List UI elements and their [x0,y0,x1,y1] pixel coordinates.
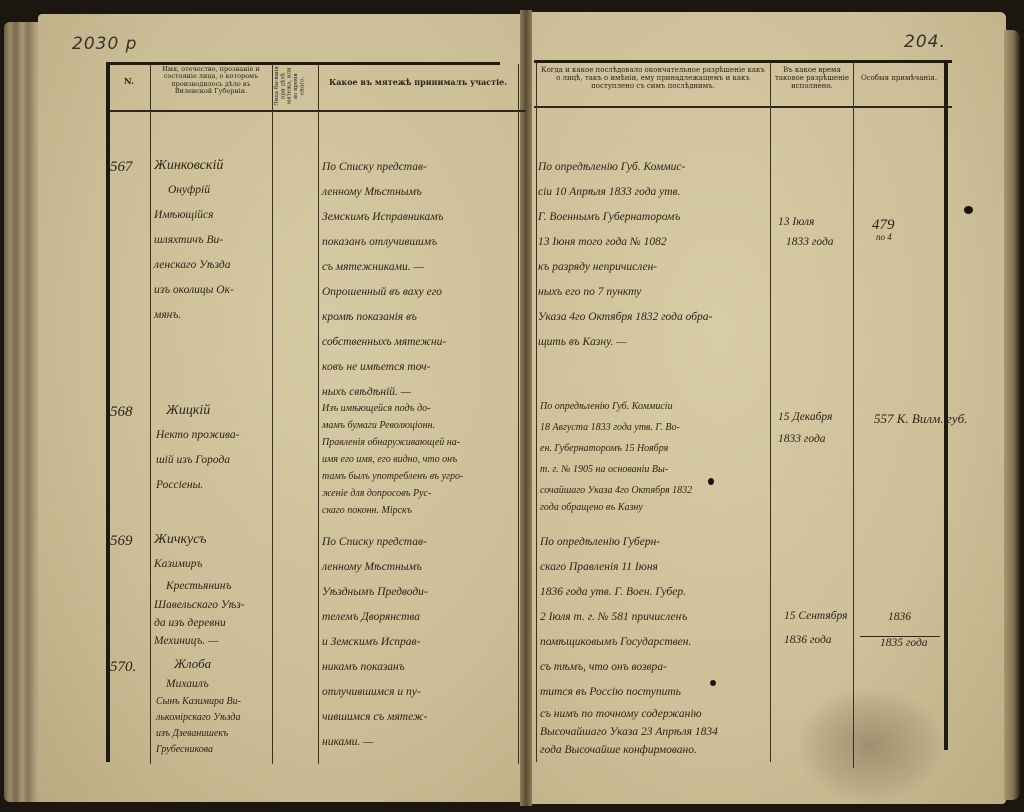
row-notes-cell: 1836 1835 года [880,604,928,656]
row-notes-cell: 557 К. Вилм. губ. [874,412,967,425]
col-rule-resolution [770,62,771,762]
row-name-cell: Жлоба Михаилъ Сынъ Казимира Ви- лькомірс… [156,654,241,758]
row-notes-cell: 479 по 4 [872,218,895,242]
col-rule-name [272,64,273,764]
col-rule-resolution-left [536,62,537,762]
header-bottom-rule-left [106,110,526,112]
header-name: Имя, отечество, прозваніе и состояніе ли… [152,66,270,96]
col-rule-participation [518,64,519,764]
header-resolution: Когда и какое послѣдовало окончательное … [538,66,768,90]
row-number: 567 [110,160,133,175]
ledger-spread: 2030 р 204. N. Имя, отечество, прозваніе… [0,0,1024,812]
book-gutter [520,10,532,806]
row-participation-cell: Изъ имѣющейся подъ до- мамъ бумаги Револ… [322,400,463,519]
row-resolution-cell: По опредѣленію Губ. Коммисіи 18 Августа … [540,396,692,515]
table-top-rule-right [534,60,952,63]
row-resolution-cell: По опредѣленію Губ. Коммис- сіи 10 Апрѣл… [538,155,712,355]
row-name-cell: Жинковскій Онуфрій Имѣющійся шляхтичъ Ви… [154,153,234,328]
paper-hole [708,478,714,485]
row-number: 569 [110,534,133,549]
header-notes: Особыя примѣчанія. [855,74,943,82]
header-participation: Какое въ мятежѣ принималъ участіе. [320,78,516,87]
folio-number-left: 2030 р [72,34,137,54]
binding-hole [964,206,973,214]
col-rule-num [150,64,151,764]
header-num: N. [110,78,148,88]
header-bottom-rule-right [534,106,952,108]
row-resolution-cell: По опредѣленію Губерн- скаго Правленія 1… [540,530,718,759]
row-name-cell: Жицкій Некто прожива- шій изъ Города Рос… [156,398,239,498]
row-executed-cell: 15 Сентября 1836 года [784,604,847,652]
row-executed-cell: 13 Іюля 1833 года [778,212,834,252]
row-participation-cell: По Списку представ- ленному Мѣстнымъ Зем… [322,155,446,405]
page-edges-right [1004,30,1020,800]
row-participation-cell: По Списку представ- ленному Мѣстнымъ Уѣз… [322,530,428,755]
header-executed: Въ какое время таковое разрѣшеніе исполн… [772,66,852,90]
header-present: Лица бы-вшія при дѣлѣ мятежа, или во вре… [274,66,316,106]
row-name-cell: Жичкусъ Казимиръ Крестьянинъ Шавельскаго… [154,528,245,650]
right-border-rule [944,60,948,750]
row-number: 570. [110,660,136,675]
col-rule-executed [853,62,854,768]
row-number: 568 [110,405,133,420]
folio-number-right: 204. [904,32,946,52]
water-stain [800,690,940,800]
row-executed-cell: 15 Декабря 1833 года [778,406,832,450]
col-rule-present [318,64,319,764]
